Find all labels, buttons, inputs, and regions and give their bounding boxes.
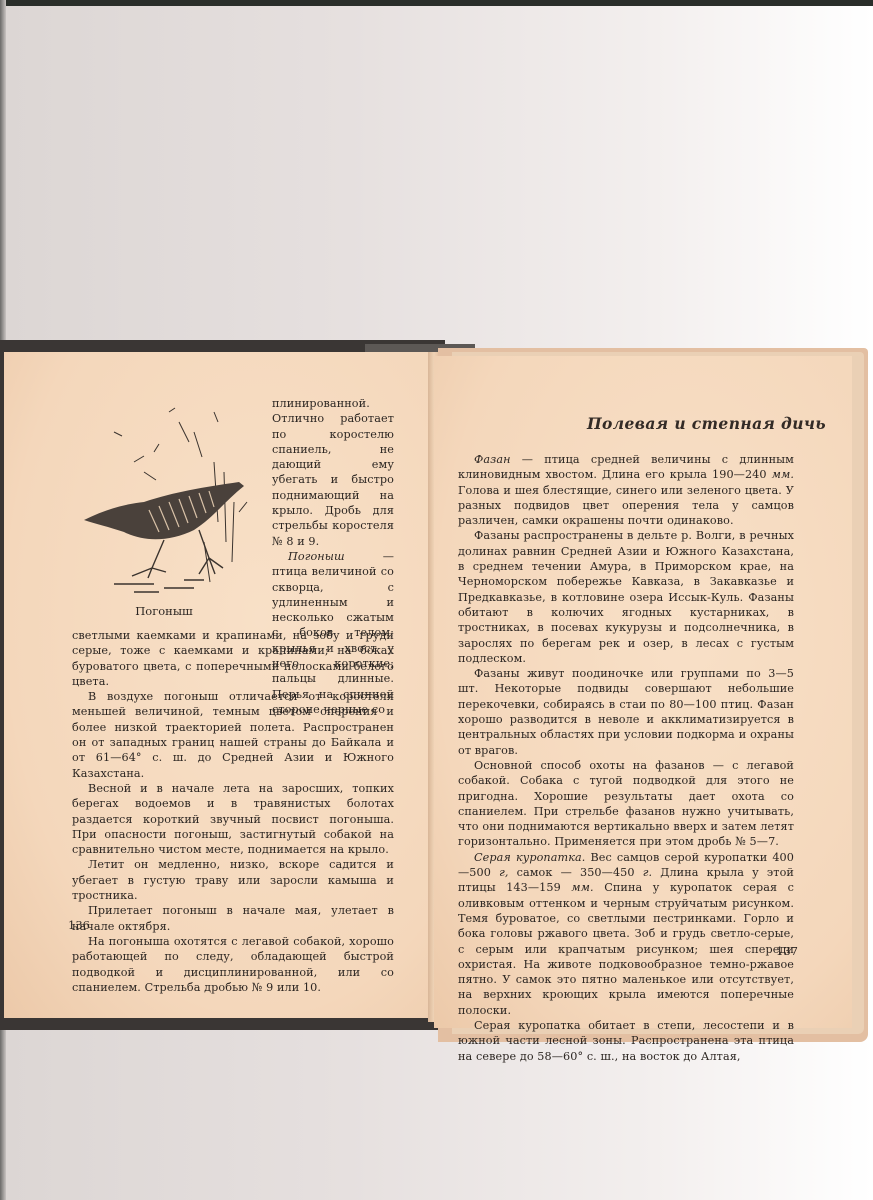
text: самок — 350—450 [508,866,642,879]
left-page: Погоныш плинированной. Отлично работает … [4,352,432,1018]
paragraph: В воздухе погоныш отличается от коростел… [72,689,394,781]
unit: г. [643,866,652,879]
term-pogonysh: Погоныш [288,550,345,563]
paragraph: Весной и в начале лета на заросших, топк… [72,781,394,857]
left-body-text: светлыми каемками и крапинами, на зобу и… [72,628,394,995]
page-number-left: 136 [68,918,90,932]
paragraph: Летит он медленно, низко, вскоре садится… [72,857,394,903]
paragraph: Прилетает погоныш в начале мая, улетает … [72,903,394,934]
scan-top-edge [0,0,873,6]
right-page: Полевая и степная дичь Фазан — птица сре… [434,356,852,1028]
fazan-paragraph: Фазан — птица средней величины с длинным… [458,452,794,528]
side-column-paragraph: плинированной. Отлично работает по корос… [272,396,394,549]
bird-illustration-icon [74,392,264,602]
paragraph: Фазаны распространены в дельте р. Волги,… [458,528,794,666]
text: Голова и шея блестящие, синего или зелен… [458,484,794,528]
unit: мм. [772,468,794,481]
unit: мм. [571,881,593,894]
paragraph: светлыми каемками и крапинами, на зобу и… [72,628,394,689]
paragraph: Основной способ охоты на фазанов — с лег… [458,758,794,850]
kuropatka-paragraph: Серая куропатка. Вес самцов серой куропа… [458,850,794,1018]
term-fazan: Фазан [474,453,511,466]
text: Спина у куропаток серая с оливковым отте… [458,881,794,1016]
section-title: Полевая и степная дичь [526,414,826,433]
page-number-right: 137 [776,944,798,958]
figure-caption: Погоныш [64,604,264,618]
right-body-text: Фазан — птица средней величины с длинным… [458,452,794,1064]
paragraph: На погоныша охотятся с легавой собакой, … [72,934,394,995]
term-kuropatka: Серая куропатка. [474,851,585,864]
paragraph: Фазаны живут поодиночке или группами по … [458,666,794,758]
paragraph: Серая куропатка обитает в степи, лесосте… [458,1018,794,1064]
